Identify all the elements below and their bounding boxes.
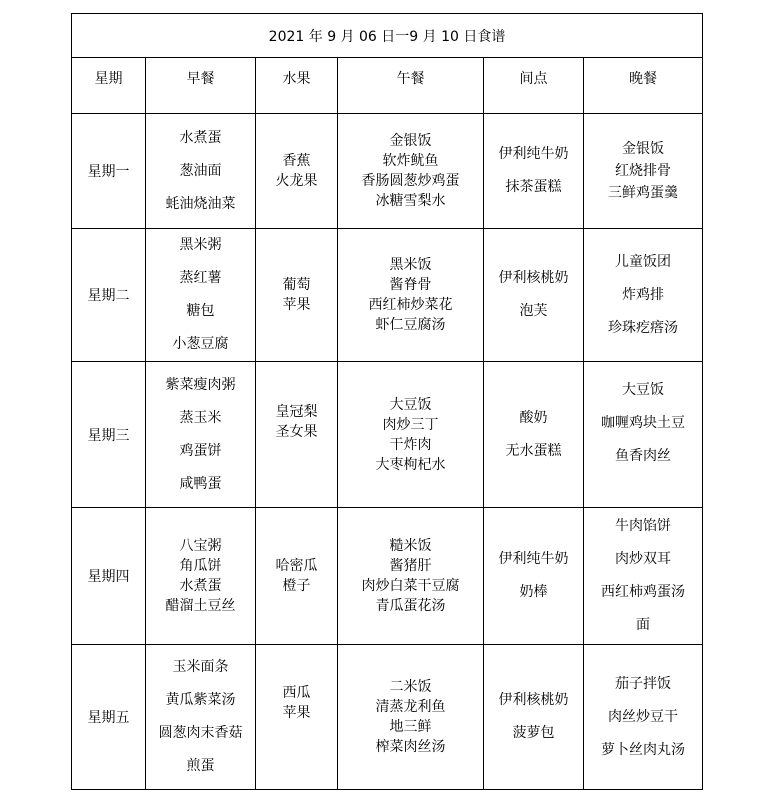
menu-item: 伊利核桃奶 [484,684,583,717]
fruit-cell: 西瓜 苹果 [256,645,338,790]
menu-item: 肉丝炒豆干 [584,701,702,734]
menu-item: 大豆饭 [338,395,483,415]
menu-item: 炸鸡排 [584,279,702,312]
menu-item: 蒸玉米 [146,402,255,435]
header-dinner: 晚餐 [584,58,703,114]
header-day: 星期 [72,58,146,114]
snack-cell: 伊利纯牛奶 抹茶蛋糕 [484,114,584,229]
menu-title: 2021 年 9 月 06 日一9 月 10 日食谱 [72,14,703,58]
menu-item: 西红柿炒菜花 [338,295,483,315]
menu-item: 牛肉馅饼 [584,510,702,543]
menu-item: 角瓜饼 [146,556,255,576]
menu-item: 咖喱鸡块土豆 [584,407,702,440]
menu-item: 葱油面 [146,155,255,188]
menu-item: 珍珠疙瘩汤 [584,312,702,345]
menu-item: 抹茶蛋糕 [484,171,583,204]
menu-item: 大豆饭 [584,374,702,407]
menu-item: 蒸红薯 [146,262,255,295]
menu-item: 干炸肉 [338,435,483,455]
breakfast-cell: 紫菜瘦肉粥 蒸玉米 鸡蛋饼 咸鸭蛋 [146,362,256,508]
day-cell: 星期三 [72,362,146,508]
menu-item: 青瓜蛋花汤 [338,596,483,616]
table-row-wednesday: 星期三 紫菜瘦肉粥 蒸玉米 鸡蛋饼 咸鸭蛋 皇冠梨 圣女果 大豆饭 肉炒三丁 干… [72,362,703,508]
menu-item: 榨菜肉丝汤 [338,737,483,757]
menu-item: 儿童饭团 [584,246,702,279]
snack-cell: 伊利核桃奶 菠萝包 [484,645,584,790]
lunch-cell: 金银饭 软炸鱿鱼 香肠圆葱炒鸡蛋 冰糖雪梨水 [338,114,484,229]
breakfast-cell: 玉米面条 黄瓜紫菜汤 圆葱肉末香菇 煎蛋 [146,645,256,790]
title-row: 2021 年 9 月 06 日一9 月 10 日食谱 [72,14,703,58]
menu-item: 酱脊骨 [338,275,483,295]
menu-item: 大枣枸杞水 [338,455,483,475]
menu-item: 肉炒白菜干豆腐 [338,576,483,596]
menu-item: 金银饭 [338,131,483,151]
menu-item: 糙米饭 [338,536,483,556]
menu-item: 黄瓜紫菜汤 [146,684,255,717]
menu-item: 黑米饭 [338,255,483,275]
snack-cell: 伊利核桃奶 泡芙 [484,229,584,362]
menu-item: 肉炒双耳 [584,543,702,576]
menu-item: 圣女果 [256,422,337,442]
menu-item: 菠萝包 [484,717,583,750]
menu-item: 伊利纯牛奶 [484,138,583,171]
menu-item: 醋溜土豆丝 [146,596,255,616]
menu-item: 小葱豆腐 [146,328,255,361]
menu-item: 八宝粥 [146,536,255,556]
header-row: 星期 早餐 水果 午餐 间点 晚餐 [72,58,703,114]
menu-item: 橙子 [256,576,337,596]
menu-item: 酸奶 [484,402,583,435]
menu-item: 黑米粥 [146,229,255,262]
breakfast-cell: 水煮蛋 葱油面 蚝油烧油菜 [146,114,256,229]
menu-item: 圆葱肉末香菇 [146,717,255,750]
dinner-cell: 金银饭 红烧排骨 三鲜鸡蛋羹 [584,114,703,229]
menu-item: 伊利核桃奶 [484,262,583,295]
dinner-cell: 大豆饭 咖喱鸡块土豆 鱼香肉丝 [584,362,703,508]
header-breakfast: 早餐 [146,58,256,114]
menu-item: 哈密瓜 [256,556,337,576]
menu-item: 泡芙 [484,295,583,328]
menu-item: 鱼香肉丝 [584,440,702,473]
menu-item: 虾仁豆腐汤 [338,315,483,335]
menu-item: 西红柿鸡蛋汤 [584,576,702,609]
menu-item: 地三鲜 [338,717,483,737]
menu-item: 皇冠梨 [256,402,337,422]
menu-item: 萝卜丝肉丸汤 [584,734,702,767]
menu-item: 冰糖雪梨水 [338,191,483,211]
menu-item: 二米饭 [338,677,483,697]
menu-item: 葡萄 [256,275,337,295]
menu-item: 肉炒三丁 [338,415,483,435]
menu-item: 清蒸龙利鱼 [338,697,483,717]
snack-cell: 伊利纯牛奶 奶棒 [484,508,584,645]
header-fruit: 水果 [256,58,338,114]
menu-item: 酱猪肝 [338,556,483,576]
menu-item: 伊利纯牛奶 [484,543,583,576]
snack-cell: 酸奶 无水蛋糕 [484,362,584,508]
menu-item: 糖包 [146,295,255,328]
menu-item: 金银饭 [584,138,702,160]
menu-item: 香肠圆葱炒鸡蛋 [338,171,483,191]
menu-item: 煎蛋 [146,750,255,783]
menu-item: 紫菜瘦肉粥 [146,369,255,402]
table-row-tuesday: 星期二 黑米粥 蒸红薯 糖包 小葱豆腐 葡萄 苹果 黑米饭 酱脊骨 西红柿炒菜花… [72,229,703,362]
menu-item: 苹果 [256,703,337,723]
dinner-cell: 儿童饭团 炸鸡排 珍珠疙瘩汤 [584,229,703,362]
menu-item: 西瓜 [256,683,337,703]
header-lunch: 午餐 [338,58,484,114]
lunch-cell: 二米饭 清蒸龙利鱼 地三鲜 榨菜肉丝汤 [338,645,484,790]
menu-item: 红烧排骨 [584,160,702,182]
breakfast-cell: 黑米粥 蒸红薯 糖包 小葱豆腐 [146,229,256,362]
menu-item: 香蕉 [256,151,337,171]
lunch-cell: 黑米饭 酱脊骨 西红柿炒菜花 虾仁豆腐汤 [338,229,484,362]
table-row-monday: 星期一 水煮蛋 葱油面 蚝油烧油菜 香蕉 火龙果 金银饭 软炸鱿鱼 香肠圆葱炒鸡… [72,114,703,229]
breakfast-cell: 八宝粥 角瓜饼 水煮蛋 醋溜土豆丝 [146,508,256,645]
fruit-cell: 哈密瓜 橙子 [256,508,338,645]
dinner-cell: 茄子拌饭 肉丝炒豆干 萝卜丝肉丸汤 [584,645,703,790]
weekly-menu-table: 2021 年 9 月 06 日一9 月 10 日食谱 星期 早餐 水果 午餐 间… [71,13,703,790]
day-cell: 星期五 [72,645,146,790]
day-cell: 星期一 [72,114,146,229]
day-cell: 星期二 [72,229,146,362]
fruit-cell: 葡萄 苹果 [256,229,338,362]
fruit-cell: 香蕉 火龙果 [256,114,338,229]
menu-item: 玉米面条 [146,651,255,684]
dinner-cell: 牛肉馅饼 肉炒双耳 西红柿鸡蛋汤 面 [584,508,703,645]
menu-item: 无水蛋糕 [484,435,583,468]
menu-item: 水煮蛋 [146,122,255,155]
menu-item: 茄子拌饭 [584,668,702,701]
menu-item: 面 [584,609,702,642]
header-snack: 间点 [484,58,584,114]
menu-item: 三鲜鸡蛋羹 [584,182,702,204]
menu-item: 苹果 [256,295,337,315]
fruit-cell: 皇冠梨 圣女果 [256,362,338,508]
menu-item: 咸鸭蛋 [146,468,255,501]
lunch-cell: 大豆饭 肉炒三丁 干炸肉 大枣枸杞水 [338,362,484,508]
lunch-cell: 糙米饭 酱猪肝 肉炒白菜干豆腐 青瓜蛋花汤 [338,508,484,645]
menu-item: 鸡蛋饼 [146,435,255,468]
menu-item: 蚝油烧油菜 [146,188,255,221]
menu-item: 水煮蛋 [146,576,255,596]
table-row-friday: 星期五 玉米面条 黄瓜紫菜汤 圆葱肉末香菇 煎蛋 西瓜 苹果 二米饭 清蒸龙利鱼… [72,645,703,790]
day-cell: 星期四 [72,508,146,645]
menu-item: 奶棒 [484,576,583,609]
menu-item: 软炸鱿鱼 [338,151,483,171]
table-row-thursday: 星期四 八宝粥 角瓜饼 水煮蛋 醋溜土豆丝 哈密瓜 橙子 糙米饭 酱猪肝 肉炒白… [72,508,703,645]
menu-item: 火龙果 [256,171,337,191]
